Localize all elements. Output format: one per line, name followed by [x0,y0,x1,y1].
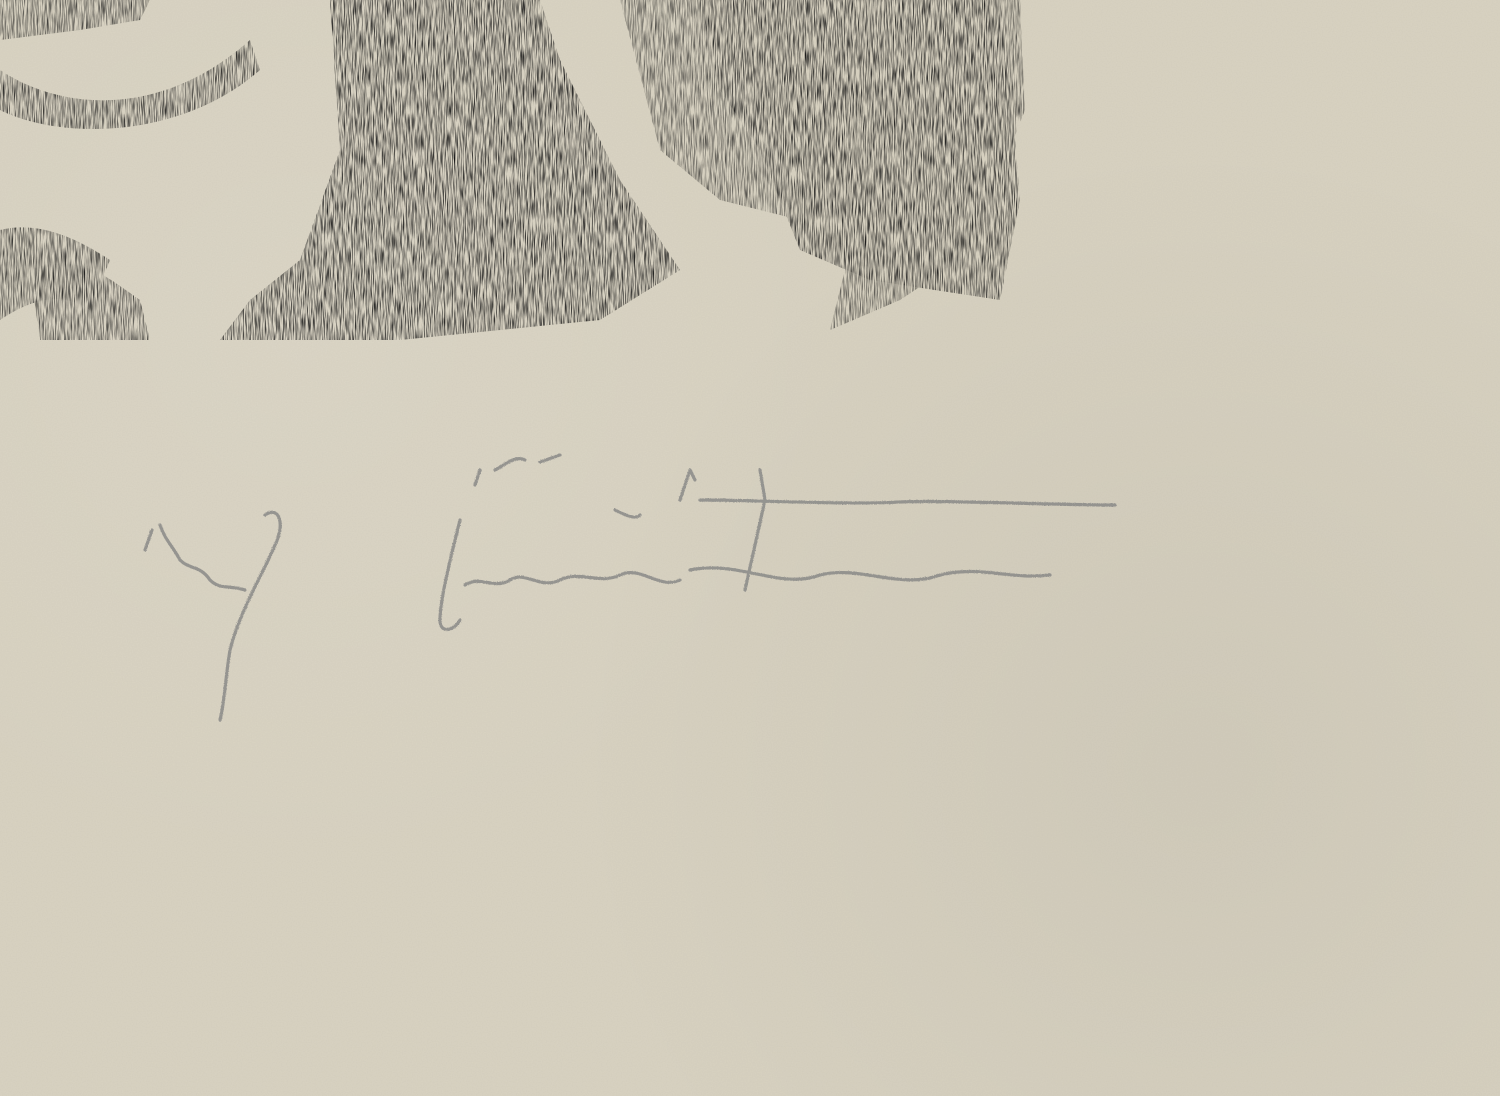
artwork-svg [0,0,1500,1096]
artwork-photo [0,0,1500,1096]
